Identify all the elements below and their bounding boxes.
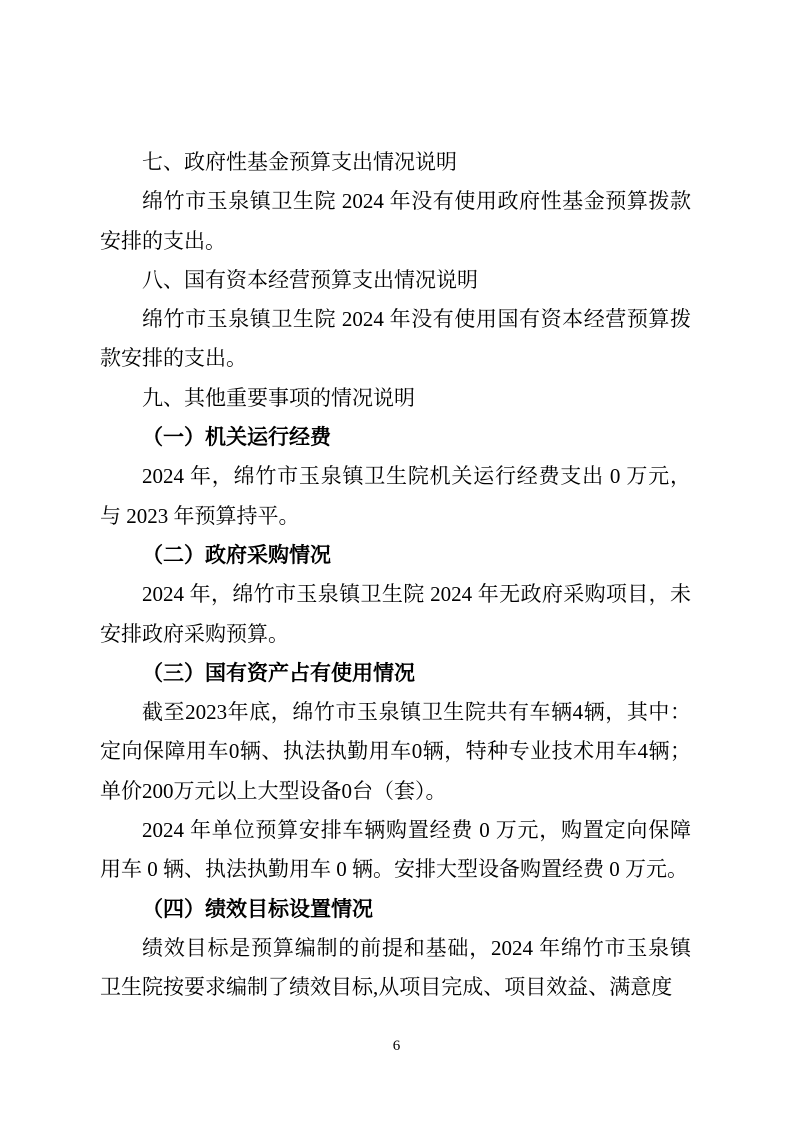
- item-2-body: 2024 年，绵竹市玉泉镇卫生院 2024 年无政府采购项目，未安排政府采购预算…: [100, 575, 691, 654]
- item-3-body-1: 截至2023年底，绵竹市玉泉镇卫生院共有车辆4辆，其中：定向保障用车0辆、执法执…: [100, 693, 691, 811]
- section-7-body: 绵竹市玉泉镇卫生院 2024 年没有使用政府性基金预算拨款安排的支出。: [100, 182, 691, 261]
- document-page: 七、政府性基金预算支出情况说明 绵竹市玉泉镇卫生院 2024 年没有使用政府性基…: [0, 0, 793, 1122]
- item-1-body: 2024 年，绵竹市玉泉镇卫生院机关运行经费支出 0 万元，与 2023 年预算…: [100, 457, 691, 536]
- section-7-heading: 七、政府性基金预算支出情况说明: [100, 143, 691, 182]
- item-2-heading: （二）政府采购情况: [100, 536, 691, 575]
- page-number: 6: [0, 1036, 793, 1056]
- item-3-heading: （三）国有资产占有使用情况: [100, 654, 691, 693]
- section-8-body: 绵竹市玉泉镇卫生院 2024 年没有使用国有资本经营预算拨款安排的支出。: [100, 300, 691, 379]
- item-4-heading: （四）绩效目标设置情况: [100, 890, 691, 929]
- section-8-heading: 八、国有资本经营预算支出情况说明: [100, 261, 691, 300]
- section-9-heading: 九、其他重要事项的情况说明: [100, 379, 691, 418]
- document-body: 七、政府性基金预算支出情况说明 绵竹市玉泉镇卫生院 2024 年没有使用政府性基…: [100, 143, 691, 1008]
- item-3-body-2: 2024 年单位预算安排车辆购置经费 0 万元，购置定向保障用车 0 辆、执法执…: [100, 811, 691, 890]
- item-1-heading: （一）机关运行经费: [100, 418, 691, 457]
- item-4-body: 绩效目标是预算编制的前提和基础，2024 年绵竹市玉泉镇卫生院按要求编制了绩效目…: [100, 929, 691, 1008]
